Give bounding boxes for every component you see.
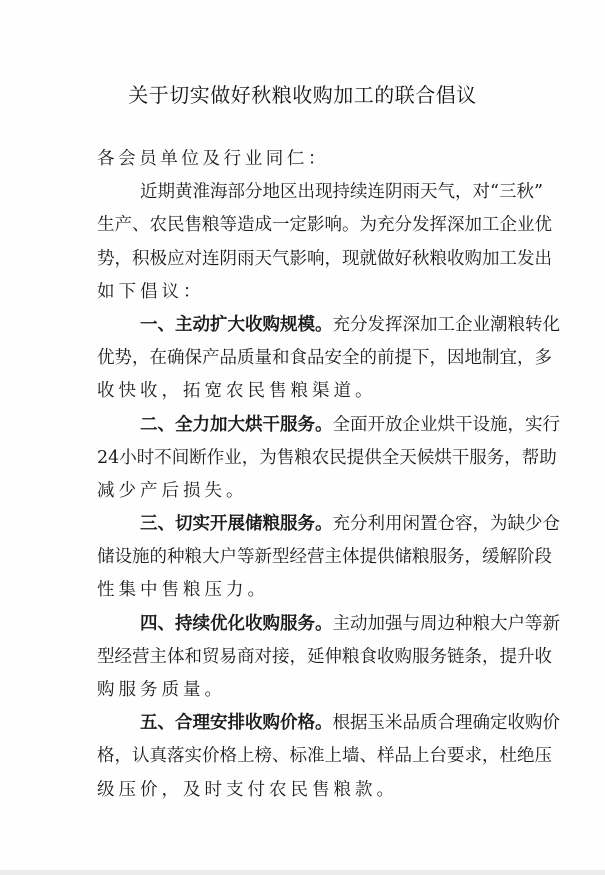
proposal-item-1: 一、主动扩大收购规模。充分发挥深加工企业潮粮转化 优势，在确保产品质量和食品安全… — [97, 312, 527, 412]
proposal-item-2: 二、全力加大烘干服务。全面开放企业烘干设施，实行 24 小时不间断作业，为售粮农… — [97, 412, 527, 512]
paragraph-line: 优势，在确保产品质量和食品安全的前提下，因地制宜，多 — [97, 345, 527, 378]
item-first-line: 一、主动扩大收购规模。充分发挥深加工企业潮粮转化 — [97, 312, 527, 345]
paragraph-line: 性集中售粮压力。 — [97, 577, 527, 610]
paragraph-line: 减少产后损失。 — [97, 478, 527, 511]
paragraph-line: 储设施的种粮大户等新型经营主体提供储粮服务，缓解阶段 — [97, 544, 527, 577]
paragraph-line: 级压价，及时支付农民售粮款。 — [97, 777, 527, 810]
paragraph-line: 近期黄淮海部分地区出现持续连阴雨天气，对“三秋” — [97, 179, 527, 212]
paragraph-line: 型经营主体和贸易商对接，延伸粮食收购服务链条，提升收 — [97, 644, 527, 677]
intro-paragraph: 近期黄淮海部分地区出现持续连阴雨天气，对“三秋” 生产、农民售粮等造成一定影响。… — [97, 179, 527, 312]
document-title: 关于切实做好秋粮收购加工的联合倡议 — [0, 82, 605, 108]
paragraph-line: 生产、农民售粮等造成一定影响。为充分发挥深加工企业优 — [97, 212, 527, 245]
page-bottom-edge — [0, 870, 605, 875]
proposal-item-3: 三、切实开展储粮服务。充分利用闲置仓容，为缺少仓 储设施的种粮大户等新型经营主体… — [97, 511, 527, 611]
paragraph-line: 如下倡议： — [97, 279, 527, 312]
item-first-line: 四、持续优化收购服务。主动加强与周边种粮大户等新 — [97, 611, 527, 644]
item-first-line: 五、合理安排收购价格。根据玉米品质合理确定收购价 — [97, 710, 527, 743]
paragraph-line: 格，认真落实价格上榜、标准上墙、样品上台要求，杜绝压 — [97, 743, 527, 776]
salutation: 各会员单位及行业同仁： — [97, 146, 527, 179]
item-first-line: 三、切实开展储粮服务。充分利用闲置仓容，为缺少仓 — [97, 511, 527, 544]
paragraph-line: 购服务质量。 — [97, 677, 527, 710]
paragraph-line: 24 小时不间断作业，为售粮农民提供全天候烘干服务，帮助 — [97, 445, 527, 478]
proposal-item-4: 四、持续优化收购服务。主动加强与周边种粮大户等新 型经营主体和贸易商对接，延伸粮… — [97, 611, 527, 711]
document-body: 各会员单位及行业同仁： 近期黄淮海部分地区出现持续连阴雨天气，对“三秋” 生产、… — [97, 146, 527, 810]
paragraph-line: 收快收，拓宽农民售粮渠道。 — [97, 378, 527, 411]
document-page: 关于切实做好秋粮收购加工的联合倡议 各会员单位及行业同仁： 近期黄淮海部分地区出… — [0, 0, 605, 870]
proposal-item-5: 五、合理安排收购价格。根据玉米品质合理确定收购价 格，认真落实价格上榜、标准上墙… — [97, 710, 527, 810]
paragraph-line: 势，积极应对连阴雨天气影响，现就做好秋粮收购加工发出 — [97, 246, 527, 279]
item-first-line: 二、全力加大烘干服务。全面开放企业烘干设施，实行 — [97, 412, 527, 445]
